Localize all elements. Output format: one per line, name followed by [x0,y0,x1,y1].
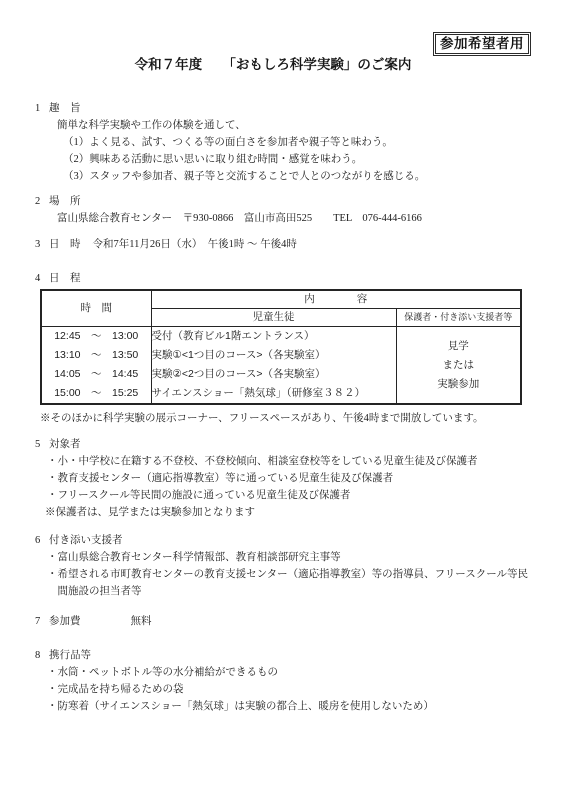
purpose-item: （1）よく見る、試す、つくる等の面白さを参加者や親子等と味わう。 [63,134,530,151]
audience-item: ・教育支援センター（適応指導教室）等に通っている児童生徒及び保護者 [47,470,530,487]
audience-item: ・フリースクール等民間の施設に通っている児童生徒及び保護者 [47,487,530,504]
section-number: 3 [35,236,49,253]
time-slot: 14:05 ～ 14:45 [42,365,151,384]
purpose-item: （3）スタッフや参加者、親子等と交流することで人とのつながりを感じる。 [63,168,530,185]
time-slot: 13:10 ～ 13:50 [42,346,151,365]
guardian-option-line: または [397,356,521,375]
section-heading: 日 時 [49,236,81,253]
section-datetime-heading-row: 3 日 時 令和7年11月26日（水） 午後1時 ～ 午後4時 [35,236,530,253]
column-header-students: 児童生徒 [151,309,396,327]
column-header-guardians: 保護者・付き添い支援者等 [396,309,521,327]
section-number: 5 [35,436,49,453]
schedule-table: 時 間 内 容 児童生徒 保護者・付き添い支援者等 12:45 ～ 13:00 … [40,289,522,405]
supporters-item: ・富山県総合教育センター科学情報部、教育相談部研究主事等 [47,549,530,566]
supporters-list: ・富山県総合教育センター科学情報部、教育相談部研究主事等 ・希望される市町教育セ… [47,549,530,600]
document-page: 参加希望者用 令和７年度 「おもしろ科学実験」のご案内 1 趣 旨 簡単な科学実… [0,0,565,800]
datetime-value: 令和7年11月26日（水） 午後1時 ～ 午後4時 [93,236,297,253]
section-heading: 付き添い支援者 [49,532,123,549]
section-heading: 日 程 [49,270,81,287]
section-supporters: 6 付き添い支援者 ・富山県総合教育センター科学情報部、教育相談部研究主事等 ・… [35,532,530,600]
fee-value: 無料 [131,613,152,630]
section-heading: 携行品等 [49,647,91,664]
section-fee: 7 参加費 無料 [35,613,530,630]
belongings-item: ・水筒・ペットボトル等の水分補給ができるもの [47,664,530,681]
section-heading: 対象者 [49,436,81,453]
section-number: 8 [35,647,49,664]
activity: サイエンスショー「熱気球」（研修室３８２） [152,384,396,403]
page-title: 令和７年度 「おもしろ科学実験」のご案内 [0,57,546,73]
activity: 実験①<1つ目のコース>（各実験室） [152,346,396,365]
section-heading: 参加費 [49,613,81,630]
section-schedule: 4 日 程 時 間 内 容 児童生徒 保護者・付き添い支援者等 [35,270,530,427]
belongings-list: ・水筒・ペットボトル等の水分補給ができるもの ・完成品を持ち帰るための袋 ・防寒… [47,664,530,715]
section-heading: 場 所 [49,193,81,210]
schedule-header-row-1: 時 間 内 容 [41,290,521,309]
section-number: 1 [35,100,49,117]
section-supporters-heading-row: 6 付き添い支援者 [35,532,530,549]
section-fee-heading-row: 7 参加費 無料 [35,613,530,630]
section-number: 6 [35,532,49,549]
column-header-time: 時 間 [41,290,151,327]
guardian-option-line: 実験参加 [397,375,521,394]
section-number: 7 [35,613,49,630]
section-belongings: 8 携行品等 ・水筒・ペットボトル等の水分補給ができるもの ・完成品を持ち帰るた… [35,647,530,715]
supporters-item: ・希望される市町教育センターの教育支援センター（適応指導教室）等の指導員、フリー… [47,566,530,600]
section-purpose: 1 趣 旨 簡単な科学実験や工作の体験を通して、 （1）よく見る、試す、つくる等… [35,100,530,185]
section-place-heading-row: 2 場 所 [35,193,530,210]
purpose-intro: 簡単な科学実験や工作の体験を通して、 [57,117,530,134]
belongings-item: ・完成品を持ち帰るための袋 [47,681,530,698]
schedule-body-row: 12:45 ～ 13:00 13:10 ～ 13:50 14:05 ～ 14:4… [41,327,521,405]
belongings-item: ・防寒着（サイエンスショー「熱気球」は実験の都合上、暖房を使用しないため） [47,698,530,715]
section-schedule-heading-row: 4 日 程 [35,270,530,287]
activity: 受付（教育ビル1階エントランス） [152,327,396,346]
column-header-content: 内 容 [151,290,521,309]
section-heading: 趣 旨 [49,100,81,117]
time-slots-cell: 12:45 ～ 13:00 13:10 ～ 13:50 14:05 ～ 14:4… [41,327,151,405]
section-place: 2 場 所 富山県総合教育センター 〒930-0866 富山市高田525 TEL… [35,193,530,227]
guardian-option-line: 見学 [397,337,521,356]
guardians-option-cell: 見学 または 実験参加 [396,327,521,405]
activities-cell: 受付（教育ビル1階エントランス） 実験①<1つ目のコース>（各実験室） 実験②<… [151,327,396,405]
audience-list: ・小・中学校に在籍する不登校、不登校傾向、相談室登校等をしている児童生徒及び保護… [47,453,530,504]
section-number: 4 [35,270,49,287]
place-address: 富山県総合教育センター 〒930-0866 富山市高田525 TEL 076-4… [57,210,530,227]
time-slot: 12:45 ～ 13:00 [42,327,151,346]
activity: 実験②<2つ目のコース>（各実験室） [152,365,396,384]
section-belongings-heading-row: 8 携行品等 [35,647,530,664]
schedule-note: ※そのほかに科学実験の展示コーナー、フリースペースがあり、午後4時まで開放してい… [40,410,530,427]
audience-badge: 参加希望者用 [433,32,531,56]
section-number: 2 [35,193,49,210]
section-audience-heading-row: 5 対象者 [35,436,530,453]
time-slot: 15:00 ～ 15:25 [42,384,151,403]
audience-item: ・小・中学校に在籍する不登校、不登校傾向、相談室登校等をしている児童生徒及び保護… [47,453,530,470]
section-audience: 5 対象者 ・小・中学校に在籍する不登校、不登校傾向、相談室登校等をしている児童… [35,436,530,521]
section-purpose-heading-row: 1 趣 旨 [35,100,530,117]
audience-note: ※保護者は、見学または実験参加となります [45,504,530,521]
section-datetime: 3 日 時 令和7年11月26日（水） 午後1時 ～ 午後4時 [35,236,530,253]
document-body: 1 趣 旨 簡単な科学実験や工作の体験を通して、 （1）よく見る、試す、つくる等… [35,100,530,715]
purpose-item: （2）興味ある活動に思い思いに取り組む時間・感覚を味わう。 [63,151,530,168]
